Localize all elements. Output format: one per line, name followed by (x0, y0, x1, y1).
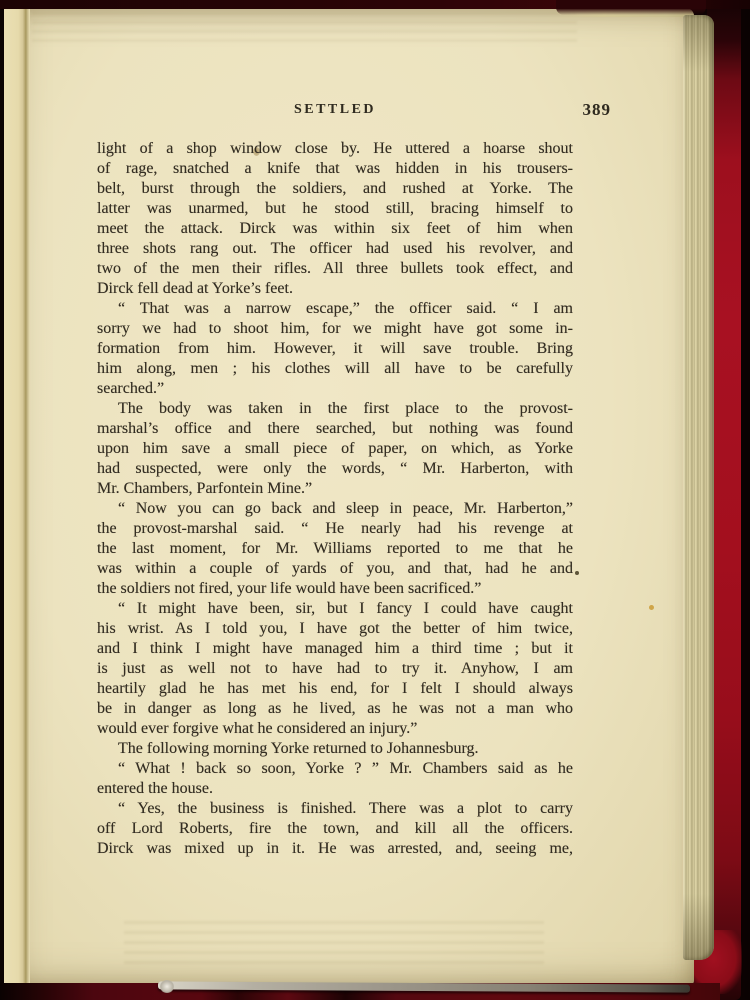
text-line: had suspected, were only the words, “ Mr… (97, 459, 573, 479)
text-line: light of a shop window close by. He utte… (97, 139, 573, 159)
text-line: latter was unarmed, but he stood still, … (97, 199, 573, 219)
text-line: the soldiers not fired, your life would … (97, 579, 573, 599)
page-content: SETTLED 389 light of a shop window close… (97, 0, 573, 1000)
text-line: two of the men their rifles. All three b… (97, 259, 573, 279)
running-header-title: SETTLED (97, 102, 573, 118)
text-line: “ It might have been, sir, but I fancy I… (97, 599, 573, 619)
paragraph: light of a shop window close by. He utte… (97, 139, 573, 299)
text-line: heartily glad he has met his end, for I … (97, 679, 573, 699)
fore-edge-page-stack (683, 15, 714, 960)
text-line: The body was taken in the first place to… (97, 399, 573, 419)
text-line: was within a couple of yards of you, and… (97, 559, 573, 579)
text-line: sorry we had to shoot him, for we might … (97, 319, 573, 339)
text-line: The following morning Yorke returned to … (97, 739, 573, 759)
text-line: Mr. Chambers, Parfontein Mine.” (97, 479, 573, 499)
text-line: the provost-marshal said. “ He nearly ha… (97, 519, 573, 539)
ink-speck (649, 605, 654, 610)
paragraph: “ Now you can go back and sleep in peace… (97, 499, 573, 599)
text-line: and I think I might have managed him a t… (97, 639, 573, 659)
text-line: Dirck was mixed up in it. He was arreste… (97, 839, 573, 859)
text-line: “ What ! back so soon, Yorke ? ” Mr. Cha… (97, 759, 573, 779)
text-line: formation from him. However, it will sav… (97, 339, 573, 359)
text-line: marshal’s office and there searched, but… (97, 419, 573, 439)
paragraph: “ Yes, the business is finished. There w… (97, 799, 573, 859)
text-line: would ever forgive what he considered an… (97, 719, 573, 739)
text-line: “ That was a narrow escape,” the officer… (97, 299, 573, 319)
text-line: upon him save a small piece of paper, on… (97, 439, 573, 459)
paragraph: The body was taken in the first place to… (97, 399, 573, 499)
text-line: entered the house. (97, 779, 573, 799)
running-header: SETTLED 389 (97, 102, 573, 120)
text-line: him along, men ; his clothes will all ha… (97, 359, 573, 379)
text-line: searched.” (97, 379, 573, 399)
text-line: off Lord Roberts, fire the town, and kil… (97, 819, 573, 839)
paragraph: “ What ! back so soon, Yorke ? ” Mr. Cha… (97, 759, 573, 799)
page-gutter-edge (4, 8, 30, 987)
text-body: light of a shop window close by. He utte… (97, 139, 573, 859)
paragraph: “ It might have been, sir, but I fancy I… (97, 599, 573, 739)
paragraph: The following morning Yorke returned to … (97, 739, 573, 759)
text-line: is just as well not to have had to try i… (97, 659, 573, 679)
text-line: be in danger as long as he lived, as he … (97, 699, 573, 719)
text-line: “ Yes, the business is finished. There w… (97, 799, 573, 819)
text-line: three shots rang out. The officer had us… (97, 239, 573, 259)
page-number: 389 (583, 100, 612, 120)
paragraph: “ That was a narrow escape,” the officer… (97, 299, 573, 399)
book-photo-scene: SETTLED 389 light of a shop window close… (0, 0, 750, 1000)
book-cover-top-right-shadow (556, 0, 706, 15)
text-line: meet the attack. Dirck was within six fe… (97, 219, 573, 239)
text-line: “ Now you can go back and sleep in peace… (97, 499, 573, 519)
page-stack-shading (683, 15, 714, 960)
text-line: of rage, snatched a knife that was hidde… (97, 159, 573, 179)
text-line: belt, burst through the soldiers, and ru… (97, 179, 573, 199)
text-line: the last moment, for Mr. Williams report… (97, 539, 573, 559)
text-line: Dirck fell dead at Yorke’s feet. (97, 279, 573, 299)
text-line: his wrist. As I told you, I have got the… (97, 619, 573, 639)
ink-speck (575, 571, 579, 575)
